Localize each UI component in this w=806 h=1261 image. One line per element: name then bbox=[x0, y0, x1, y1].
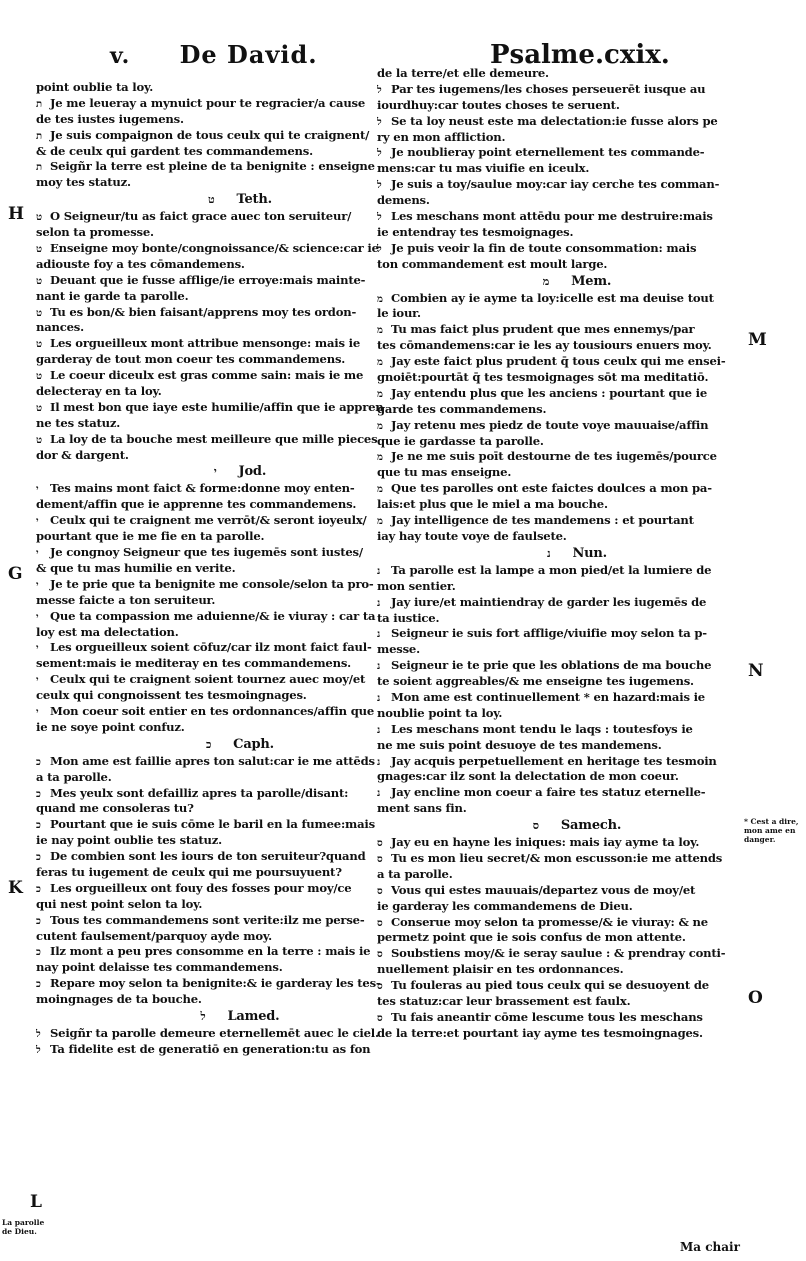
verse-text: Ceulx qui te craignent me verrōt/& seron… bbox=[50, 513, 367, 527]
verse-text: feras tu iugement de ceulx qui me poursu… bbox=[36, 865, 342, 879]
verse-mark: ט bbox=[36, 210, 50, 225]
verse-mark: ל bbox=[377, 115, 391, 130]
text-line: iourdhuy:car toutes choses te seruent. bbox=[377, 98, 737, 114]
verse-text: le iour. bbox=[377, 306, 421, 320]
text-line: מJe ne me suis poīt destourne de tes iug… bbox=[377, 449, 737, 465]
text-line: לPar tes iugemens/les choses perseuerēt … bbox=[377, 82, 737, 98]
verse-mark: ל bbox=[377, 83, 391, 98]
hebrew-letter: י bbox=[214, 465, 217, 478]
text-line: te soient aggreables/& me enseigne tes i… bbox=[377, 674, 737, 690]
text-line: מJay retenu mes piedz de toute voye mauu… bbox=[377, 418, 737, 434]
verse-text: cutent faulsement/parquoy ayde moy. bbox=[36, 929, 272, 943]
text-line: טTu es bon/& bien faisant/apprens moy te… bbox=[36, 305, 404, 321]
verse-mark: מ bbox=[377, 450, 391, 465]
text-line: סTu fouleras au pied tous ceulx qui se d… bbox=[377, 978, 737, 994]
verse-mark: נ bbox=[377, 627, 391, 642]
verse-text: ry en mon affliction. bbox=[377, 130, 505, 144]
verse-text: Mon ame est continuellement * en hazard:… bbox=[391, 690, 705, 704]
text-line: תJe me leueray a mynuict pour te regraci… bbox=[36, 96, 404, 112]
verse-text: Que ta compassion me aduienne/& ie viura… bbox=[50, 609, 375, 623]
section-name: Mem. bbox=[571, 274, 611, 289]
verse-text: Seigñr ta parolle demeure eternellemēt a… bbox=[50, 1026, 379, 1040]
hebrew-letter: מ bbox=[543, 275, 549, 288]
verse-mark: נ bbox=[377, 659, 391, 674]
verse-mark: ל bbox=[377, 178, 391, 193]
verse-text: noublie point ta loy. bbox=[377, 706, 502, 720]
verse-text: ie garderay les commandemens de Dieu. bbox=[377, 899, 633, 913]
text-line: יLes orgueilleux soient cōfuz/car ilz mo… bbox=[36, 640, 404, 656]
text-line: feras tu iugement de ceulx qui me poursu… bbox=[36, 865, 404, 881]
verse-text: Ilz mont a peu pres consomme en la terre… bbox=[50, 944, 370, 958]
text-line: לJe suis a toy/saulue moy:car iay cerche… bbox=[377, 177, 737, 193]
text-line: de tes iustes iugemens. bbox=[36, 112, 404, 128]
verse-text: Mon ame est faillie apres ton salut:car … bbox=[50, 754, 375, 768]
verse-mark: ל bbox=[377, 210, 391, 225]
verse-mark: ת bbox=[36, 160, 50, 175]
verse-text: Je ne me suis poīt destourne de tes iuge… bbox=[391, 449, 717, 463]
verse-mark: י bbox=[36, 705, 50, 720]
text-line: nant ie garde ta parolle. bbox=[36, 289, 404, 305]
text-line: ment sans fin. bbox=[377, 801, 737, 817]
text-line: כDe combien sont les iours de ton seruit… bbox=[36, 849, 404, 865]
verse-mark: ל bbox=[377, 242, 391, 257]
verse-mark: כ bbox=[36, 850, 50, 865]
verse-mark: כ bbox=[36, 945, 50, 960]
text-line: cutent faulsement/parquoy ayde moy. bbox=[36, 929, 404, 945]
right-column: de la terre/et elle demeure.לPar tes iug… bbox=[377, 66, 737, 1042]
section-heading: יJod. bbox=[36, 463, 404, 481]
verse-mark: מ bbox=[377, 514, 391, 529]
verse-mark: י bbox=[36, 673, 50, 688]
verse-text: Je te prie que ta benignite me console/s… bbox=[50, 577, 374, 591]
verse-mark: י bbox=[36, 641, 50, 656]
margin-initial-nun: N bbox=[748, 661, 764, 681]
text-line: לJe puis veoir la fin de toute consommat… bbox=[377, 241, 737, 257]
text-line: לSeigñr ta parolle demeure eternellemēt … bbox=[36, 1026, 404, 1042]
verse-text: loy est ma delectation. bbox=[36, 625, 179, 639]
verse-text: Pourtant que ie suis cōme le baril en la… bbox=[50, 817, 375, 831]
left-column: point oublie ta loy.תJe me leueray a myn… bbox=[36, 80, 404, 1058]
verse-text: Je congnoy Seigneur que tes iugemēs sont… bbox=[50, 545, 363, 559]
verse-mark: ל bbox=[377, 146, 391, 161]
verse-mark: י bbox=[36, 514, 50, 529]
verse-text: ie ne soye point confuz. bbox=[36, 720, 185, 734]
verse-text: Deuant que ie fusse afflige/ie erroye:ma… bbox=[50, 273, 365, 287]
verse-mark: ל bbox=[36, 1043, 50, 1058]
verse-text: moingnages de ta bouche. bbox=[36, 992, 202, 1006]
verse-mark: כ bbox=[36, 818, 50, 833]
verse-text: Combien ay ie ayme ta loy:icelle est ma … bbox=[391, 291, 714, 305]
verse-text: qui nest point selon ta loy. bbox=[36, 897, 202, 911]
section-name: Samech. bbox=[561, 818, 621, 833]
verse-text: Jay este faict plus prudent q̄ tous ceul… bbox=[391, 354, 725, 368]
text-line: nuellement plaisir en tes ordonnances. bbox=[377, 962, 737, 978]
text-line: noublie point ta loy. bbox=[377, 706, 737, 722]
margin-initial-caph: K bbox=[8, 878, 23, 898]
verse-text: Que tes parolles ont este faictes doulce… bbox=[391, 481, 712, 495]
verse-text: Les meschans mont attēdu pour me destrui… bbox=[391, 209, 713, 223]
verse-text: que tu mas enseigne. bbox=[377, 465, 511, 479]
text-line: מJay intelligence de tes mandemens : et … bbox=[377, 513, 737, 529]
verse-mark: ת bbox=[36, 97, 50, 112]
margin-note-lamed: La parolle de Dieu. bbox=[2, 1218, 46, 1236]
verse-text: Tu fouleras au pied tous ceulx qui se de… bbox=[391, 978, 709, 992]
section-heading: לLamed. bbox=[36, 1008, 404, 1026]
text-line: טLe coeur diceulx est gras comme sain: m… bbox=[36, 368, 404, 384]
section-name: Jod. bbox=[239, 464, 267, 479]
text-line: mens:car tu mas viuifie en iceulx. bbox=[377, 161, 737, 177]
verse-mark: מ bbox=[377, 323, 391, 338]
verse-text: de tes iustes iugemens. bbox=[36, 112, 184, 126]
text-line: טIl mest bon que iaye este humilie/affin… bbox=[36, 400, 404, 416]
text-line: לTa fidelite est de generatiō en generat… bbox=[36, 1042, 404, 1058]
verse-text: Les orgueilleux soient cōfuz/car ilz mon… bbox=[50, 640, 372, 654]
text-line: delecteray en ta loy. bbox=[36, 384, 404, 400]
verse-text: Conserue moy selon ta promesse/& ie viur… bbox=[391, 915, 708, 929]
section-name: Teth. bbox=[237, 192, 272, 207]
text-line: que tu mas enseigne. bbox=[377, 465, 737, 481]
text-line: tes statuz:car leur brassement est faulx… bbox=[377, 994, 737, 1010]
text-line: תJe suis compaignon de tous ceulx qui te… bbox=[36, 128, 404, 144]
hebrew-letter: ט bbox=[208, 193, 214, 206]
verse-mark: י bbox=[36, 482, 50, 497]
verse-text: Jay entendu plus que les anciens : pourt… bbox=[391, 386, 707, 400]
text-line: נSeigneur ie suis fort afflige/viuifie m… bbox=[377, 626, 737, 642]
verse-mark: ט bbox=[36, 369, 50, 384]
text-line: יMon coeur soit entier en tes ordonnance… bbox=[36, 704, 404, 720]
text-line: demens. bbox=[377, 193, 737, 209]
verse-text: Les orgueilleux mont attribue mensonge: … bbox=[50, 336, 360, 350]
margin-note-nun: * Cest a dire, mon ame en danger. bbox=[744, 817, 800, 844]
section-name: Lamed. bbox=[227, 1009, 279, 1024]
section-heading: נNun. bbox=[377, 545, 737, 563]
text-line: adiouste foy a tes cōmandemens. bbox=[36, 257, 404, 273]
text-line: טEnseigne moy bonte/congnoissance/& scie… bbox=[36, 241, 404, 257]
text-line: נTa parolle est la lampe a mon pied/et l… bbox=[377, 563, 737, 579]
hebrew-letter: כ bbox=[206, 738, 211, 751]
text-line: כIlz mont a peu pres consomme en la terr… bbox=[36, 944, 404, 960]
verse-text: de la terre/et elle demeure. bbox=[377, 66, 549, 80]
text-line: יCeulx qui te craignent soient tournez a… bbox=[36, 672, 404, 688]
verse-text: adiouste foy a tes cōmandemens. bbox=[36, 257, 245, 271]
verse-mark: ט bbox=[36, 433, 50, 448]
text-line: מCombien ay ie ayme ta loy:icelle est ma… bbox=[377, 291, 737, 307]
verse-text: pourtant que ie me fie en ta parolle. bbox=[36, 529, 264, 543]
verse-text: Par tes iugemens/les choses perseuerēt i… bbox=[391, 82, 705, 96]
verse-text: messe faicte a ton seruiteur. bbox=[36, 593, 215, 607]
verse-text: dor & dargent. bbox=[36, 448, 129, 462]
verse-text: Tu fais aneantir cōme lescume tous les m… bbox=[391, 1010, 703, 1024]
verse-text: gnages:car ilz sont la delectation de mo… bbox=[377, 769, 679, 783]
verse-text: & que tu mas humilie en verite. bbox=[36, 561, 235, 575]
section-heading: כCaph. bbox=[36, 736, 404, 754]
text-line: נLes meschans mont tendu le laqs : toute… bbox=[377, 722, 737, 738]
verse-text: a ta parolle. bbox=[36, 770, 112, 784]
verse-text: lais:et plus que le miel a ma bouche. bbox=[377, 497, 608, 511]
verse-mark: נ bbox=[377, 596, 391, 611]
text-line: סSoubstiens moy/& ie seray saulue : & pr… bbox=[377, 946, 737, 962]
verse-mark: כ bbox=[36, 755, 50, 770]
verse-mark: ס bbox=[377, 979, 391, 994]
running-title-left: De David. bbox=[180, 40, 318, 69]
verse-text: Tes mains mont faict & forme:donne moy e… bbox=[50, 481, 355, 495]
text-line: מQue tes parolles ont este faictes doulc… bbox=[377, 481, 737, 497]
text-line: יJe te prie que ta benignite me console/… bbox=[36, 577, 404, 593]
verse-text: ne me suis point desuoye de tes mandemen… bbox=[377, 738, 662, 752]
verse-mark: כ bbox=[36, 882, 50, 897]
verse-text: O Seigneur/tu as faict grace auec ton se… bbox=[50, 209, 351, 223]
text-line: לJe noublieray point eternellement tes c… bbox=[377, 145, 737, 161]
verse-text: ne tes statuz. bbox=[36, 416, 120, 430]
verse-text: Repare moy selon ta benignite:& ie garde… bbox=[50, 976, 381, 990]
verse-mark: מ bbox=[377, 292, 391, 307]
verse-text: moy tes statuz. bbox=[36, 175, 131, 189]
book-page: v. De David. Psalme.cxix. point oublie t… bbox=[0, 0, 806, 1261]
verse-text: quand me consoleras tu? bbox=[36, 801, 194, 815]
verse-mark: ט bbox=[36, 306, 50, 321]
verse-text: Jay eu en hayne les iniques: mais iay ay… bbox=[391, 835, 699, 849]
text-line: סVous qui estes mauuais/departez vous de… bbox=[377, 883, 737, 899]
verse-text: Seigñr la terre est pleine de ta benigni… bbox=[50, 159, 375, 173]
text-line: ie ne soye point confuz. bbox=[36, 720, 404, 736]
verse-mark: ט bbox=[36, 401, 50, 416]
text-line: nay point delaisse tes commandemens. bbox=[36, 960, 404, 976]
text-line: a ta parolle. bbox=[377, 867, 737, 883]
verse-mark: י bbox=[36, 610, 50, 625]
text-line: כTous tes commandemens sont verite:ilz m… bbox=[36, 913, 404, 929]
verse-text: Tu mas faict plus prudent que mes ennemy… bbox=[391, 322, 694, 336]
text-line: mon sentier. bbox=[377, 579, 737, 595]
text-line: נJay iure/et maintiendray de garder les … bbox=[377, 595, 737, 611]
verse-text: Soubstiens moy/& ie seray saulue : & pre… bbox=[391, 946, 725, 960]
text-line: ne me suis point desuoye de tes mandemen… bbox=[377, 738, 737, 754]
verse-text: iourdhuy:car toutes choses te seruent. bbox=[377, 98, 620, 112]
text-line: כMon ame est faillie apres ton salut:car… bbox=[36, 754, 404, 770]
verse-text: Ta parolle est la lampe a mon pied/et la… bbox=[391, 563, 711, 577]
verse-text: mon sentier. bbox=[377, 579, 456, 593]
verse-text: Vous qui estes mauuais/departez vous de … bbox=[391, 883, 695, 897]
verse-mark: ס bbox=[377, 947, 391, 962]
text-line: pourtant que ie me fie en ta parolle. bbox=[36, 529, 404, 545]
verse-text: ie nay point oublie tes statuz. bbox=[36, 833, 222, 847]
verse-text: tes statuz:car leur brassement est faulx… bbox=[377, 994, 630, 1008]
text-line: garde tes commandemens. bbox=[377, 402, 737, 418]
verse-text: Jay iure/et maintiendray de garder les i… bbox=[391, 595, 706, 609]
margin-initial-jod: G bbox=[8, 564, 23, 584]
text-line: סTu fais aneantir cōme lescume tous les … bbox=[377, 1010, 737, 1026]
verse-text: Ta fidelite est de generatiō en generati… bbox=[50, 1042, 370, 1056]
verse-text: Il mest bon que iaye este humilie/affin … bbox=[50, 400, 384, 414]
margin-initial-mem: M bbox=[748, 330, 767, 350]
verse-mark: י bbox=[36, 578, 50, 593]
verse-text: Les orgueilleux ont fouy des fosses pour… bbox=[50, 881, 351, 895]
text-line: sement:mais ie mediteray en tes commande… bbox=[36, 656, 404, 672]
verse-text: que ie gardasse ta parolle. bbox=[377, 434, 544, 448]
text-line: מTu mas faict plus prudent que mes ennem… bbox=[377, 322, 737, 338]
text-line: טDeuant que ie fusse afflige/ie erroye:m… bbox=[36, 273, 404, 289]
verse-text: De combien sont les iours de ton seruite… bbox=[50, 849, 366, 863]
verse-text: a ta parolle. bbox=[377, 867, 453, 881]
verse-mark: נ bbox=[377, 723, 391, 738]
verse-text: gnoiēt:pourtāt q̄ tes tesmoignages sōt m… bbox=[377, 370, 708, 384]
text-line: סConserue moy selon ta promesse/& ie viu… bbox=[377, 915, 737, 931]
text-line: ton commandement est moult large. bbox=[377, 257, 737, 273]
text-line: dor & dargent. bbox=[36, 448, 404, 464]
verse-text: Jay retenu mes piedz de toute voye mauua… bbox=[391, 418, 708, 432]
verse-text: Je me leueray a mynuict pour te regracie… bbox=[50, 96, 365, 110]
text-line: de la terre:et pourtant iay ayme tes tes… bbox=[377, 1026, 737, 1042]
text-line: dement/affin que ie apprenne tes command… bbox=[36, 497, 404, 513]
section-name: Caph. bbox=[233, 737, 274, 752]
verse-text: nances. bbox=[36, 320, 84, 334]
text-line: loy est ma delectation. bbox=[36, 625, 404, 641]
text-line: כLes orgueilleux ont fouy des fosses pou… bbox=[36, 881, 404, 897]
verse-text: Mes yeulx sont defailliz apres ta paroll… bbox=[50, 786, 348, 800]
text-line: gnages:car ilz sont la delectation de mo… bbox=[377, 769, 737, 785]
hebrew-letter: ל bbox=[201, 1010, 206, 1023]
hebrew-letter: נ bbox=[547, 547, 550, 560]
verse-text: Je puis veoir la fin de toute consommati… bbox=[391, 241, 696, 255]
text-line: תSeigñr la terre est pleine de ta benign… bbox=[36, 159, 404, 175]
verse-text: Jay acquis perpetuellement en heritage t… bbox=[391, 754, 717, 768]
margin-initial-samech: O bbox=[748, 988, 763, 1008]
verse-mark: מ bbox=[377, 387, 391, 402]
text-line: נJay acquis perpetuellement en heritage … bbox=[377, 754, 737, 770]
text-line: iay hay toute voye de faulsete. bbox=[377, 529, 737, 545]
verse-text: delecteray en ta loy. bbox=[36, 384, 162, 398]
text-line: יTes mains mont faict & forme:donne moy … bbox=[36, 481, 404, 497]
hebrew-letter: ס bbox=[533, 819, 539, 832]
text-line: ie garderay les commandemens de Dieu. bbox=[377, 899, 737, 915]
verse-text: demens. bbox=[377, 193, 430, 207]
verse-mark: כ bbox=[36, 787, 50, 802]
verse-text: permetz point que ie sois confus de mon … bbox=[377, 930, 686, 944]
text-line: ceulx qui congnoissent tes tesmoingnages… bbox=[36, 688, 404, 704]
verse-text: garde tes commandemens. bbox=[377, 402, 546, 416]
verse-mark: ל bbox=[36, 1027, 50, 1042]
verse-text: garderay de tout mon coeur tes commandem… bbox=[36, 352, 345, 366]
text-line: טO Seigneur/tu as faict grace auec ton s… bbox=[36, 209, 404, 225]
verse-mark: ט bbox=[36, 274, 50, 289]
verse-text: ton commandement est moult large. bbox=[377, 257, 607, 271]
running-head-left: v. De David. bbox=[110, 40, 400, 80]
verse-mark: נ bbox=[377, 691, 391, 706]
text-line: quand me consoleras tu? bbox=[36, 801, 404, 817]
margin-initial-teth: H bbox=[8, 204, 24, 224]
verse-mark: י bbox=[36, 546, 50, 561]
verse-mark: ס bbox=[377, 852, 391, 867]
verse-mark: ט bbox=[36, 337, 50, 352]
verse-text: sement:mais ie mediteray en tes commande… bbox=[36, 656, 351, 670]
verse-mark: ס bbox=[377, 884, 391, 899]
verse-mark: ס bbox=[377, 916, 391, 931]
verse-mark: מ bbox=[377, 419, 391, 434]
verse-text: selon ta promesse. bbox=[36, 225, 154, 239]
text-line: לLes meschans mont attēdu pour me destru… bbox=[377, 209, 737, 225]
text-line: nances. bbox=[36, 320, 404, 336]
text-line: selon ta promesse. bbox=[36, 225, 404, 241]
text-line: יQue ta compassion me aduienne/& ie viur… bbox=[36, 609, 404, 625]
text-line: point oublie ta loy. bbox=[36, 80, 404, 96]
text-line: messe faicte a ton seruiteur. bbox=[36, 593, 404, 609]
verse-text: ment sans fin. bbox=[377, 801, 467, 815]
text-line: טLa loy de ta bouche mest meilleure que … bbox=[36, 432, 404, 448]
text-line: נJay encline mon coeur a faire tes statu… bbox=[377, 785, 737, 801]
verse-text: iay hay toute voye de faulsete. bbox=[377, 529, 567, 543]
text-line: מJay entendu plus que les anciens : pour… bbox=[377, 386, 737, 402]
verse-text: Tous tes commandemens sont verite:ilz me… bbox=[50, 913, 364, 927]
text-line: messe. bbox=[377, 642, 737, 658]
verse-text: Jay intelligence de tes mandemens : et p… bbox=[391, 513, 694, 527]
section-heading: מMem. bbox=[377, 273, 737, 291]
text-line: gnoiēt:pourtāt q̄ tes tesmoignages sōt m… bbox=[377, 370, 737, 386]
text-line: כPourtant que ie suis cōme le baril en l… bbox=[36, 817, 404, 833]
text-line: moingnages de ta bouche. bbox=[36, 992, 404, 1008]
text-line: יJe congnoy Seigneur que tes iugemēs son… bbox=[36, 545, 404, 561]
text-line: ie entendray tes tesmoignages. bbox=[377, 225, 737, 241]
text-line: מJay este faict plus prudent q̄ tous ceu… bbox=[377, 354, 737, 370]
text-line: ie nay point oublie tes statuz. bbox=[36, 833, 404, 849]
text-line: lais:et plus que le miel a ma bouche. bbox=[377, 497, 737, 513]
verse-mark: כ bbox=[36, 914, 50, 929]
margin-initial-lamed: L bbox=[30, 1192, 42, 1212]
text-line: נMon ame est continuellement * en hazard… bbox=[377, 690, 737, 706]
verse-text: & de ceulx qui gardent tes commandemens. bbox=[36, 144, 313, 158]
text-line: סTu es mon lieu secret/& mon escusson:ie… bbox=[377, 851, 737, 867]
verse-text: Le coeur diceulx est gras comme sain: ma… bbox=[50, 368, 363, 382]
verse-text: La loy de ta bouche mest meilleure que m… bbox=[50, 432, 377, 446]
text-line: & de ceulx qui gardent tes commandemens. bbox=[36, 144, 404, 160]
verse-text: mens:car tu mas viuifie en iceulx. bbox=[377, 161, 589, 175]
text-line: tes cōmandemens:car ie les ay tousiours … bbox=[377, 338, 737, 354]
verse-text: messe. bbox=[377, 642, 420, 656]
text-line: כRepare moy selon ta benignite:& ie gard… bbox=[36, 976, 404, 992]
verse-text: Tu es bon/& bien faisant/apprens moy tes… bbox=[50, 305, 356, 319]
text-line: le iour. bbox=[377, 306, 737, 322]
verse-text: dement/affin que ie apprenne tes command… bbox=[36, 497, 356, 511]
verse-text: nant ie garde ta parolle. bbox=[36, 289, 188, 303]
text-line: כMes yeulx sont defailliz apres ta parol… bbox=[36, 786, 404, 802]
verse-mark: נ bbox=[377, 564, 391, 579]
text-line: qui nest point selon ta loy. bbox=[36, 897, 404, 913]
text-line: לSe ta loy neust este ma delectation:ie … bbox=[377, 114, 737, 130]
verse-text: nay point delaisse tes commandemens. bbox=[36, 960, 283, 974]
verse-mark: מ bbox=[377, 355, 391, 370]
verse-mark: ס bbox=[377, 1011, 391, 1026]
verse-text: Seigneur ie suis fort afflige/viuifie mo… bbox=[391, 626, 707, 640]
verse-mark: ט bbox=[36, 242, 50, 257]
text-line: de la terre/et elle demeure. bbox=[377, 66, 737, 82]
section-heading: סSamech. bbox=[377, 817, 737, 835]
verse-text: Mon coeur soit entier en tes ordonnances… bbox=[50, 704, 374, 718]
text-line: ry en mon affliction. bbox=[377, 130, 737, 146]
verse-text: Seigneur ie te prie que les oblations de… bbox=[391, 658, 711, 672]
catchword: Ma chair bbox=[680, 1240, 740, 1254]
verse-text: ta iustice. bbox=[377, 611, 439, 625]
verse-mark: ס bbox=[377, 836, 391, 851]
text-line: ne tes statuz. bbox=[36, 416, 404, 432]
verse-text: tes cōmandemens:car ie les ay tousiours … bbox=[377, 338, 712, 352]
text-line: יCeulx qui te craignent me verrōt/& sero… bbox=[36, 513, 404, 529]
text-line: que ie gardasse ta parolle. bbox=[377, 434, 737, 450]
text-line: טLes orgueilleux mont attribue mensonge:… bbox=[36, 336, 404, 352]
section-heading: טTeth. bbox=[36, 191, 404, 209]
text-line: a ta parolle. bbox=[36, 770, 404, 786]
verse-text: Je suis a toy/saulue moy:car iay cerche … bbox=[391, 177, 719, 191]
verse-text: point oublie ta loy. bbox=[36, 80, 153, 94]
verse-text: Jay encline mon coeur a faire tes statuz… bbox=[391, 785, 705, 799]
text-line: ta iustice. bbox=[377, 611, 737, 627]
